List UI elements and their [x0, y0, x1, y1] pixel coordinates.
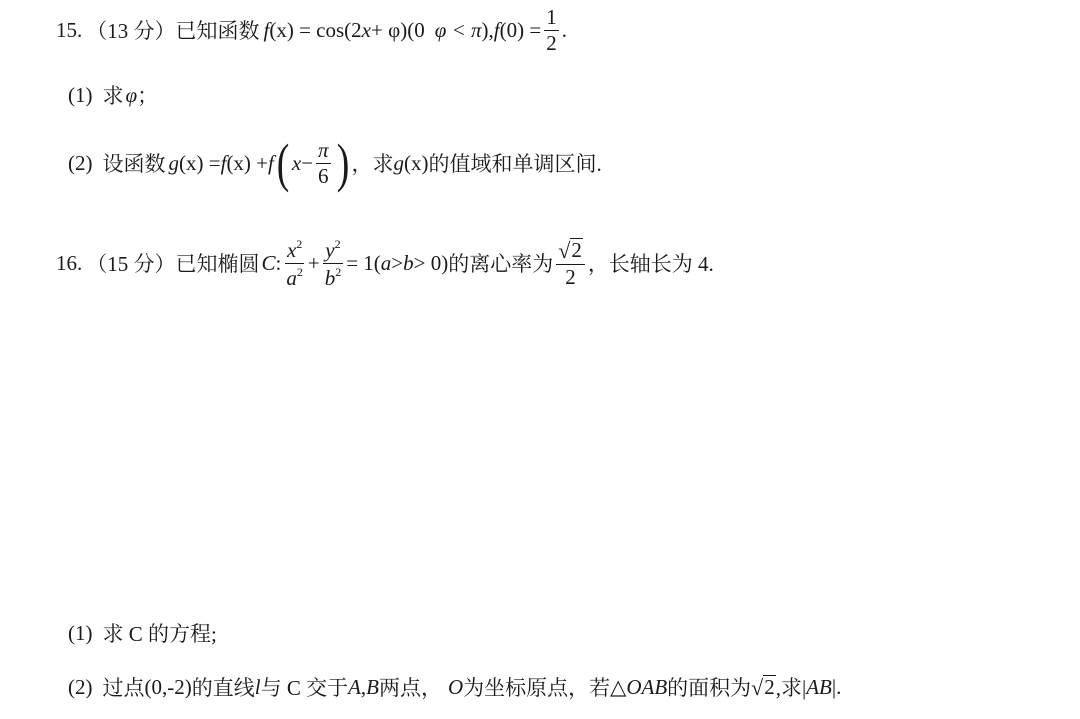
part-text: 求 [103, 80, 124, 110]
q15-f-arg: (x) = cos(2 [269, 18, 361, 43]
g-func: g [394, 151, 405, 176]
q16-tail: ，长轴长为 4. [588, 248, 714, 278]
origin-O: O [448, 675, 463, 700]
part-label: (1) [68, 83, 93, 108]
part-text: 的直线 [192, 672, 255, 702]
q15-period: . [562, 18, 567, 43]
q15-number: 15. [56, 18, 82, 43]
b-var: b [325, 266, 336, 290]
part-text: 两点， [379, 672, 442, 702]
greater-than-zero: > 0) [414, 251, 449, 276]
q15-intro: 已知函数 [176, 15, 260, 45]
part-text: 为坐标原点，若 [463, 672, 610, 702]
inner-x: x [292, 151, 301, 176]
g-func: g [169, 151, 180, 176]
q16-intro: 已知椭圆 [176, 248, 260, 278]
x-var: x [287, 238, 296, 262]
exponent: 2 [335, 265, 341, 279]
fraction-numerator: 1 [544, 7, 559, 31]
pi-over-6-fraction: π 6 [316, 140, 331, 187]
phi-symbol: φ [126, 83, 138, 108]
q15-x: x [362, 18, 371, 43]
q15-stem: 15. （13 分） 已知函数 f (x) = cos(2 x + φ)(0 φ… [56, 8, 567, 52]
comma-text: ，求 [352, 148, 394, 178]
a-var: a [286, 266, 297, 290]
point-B: B [366, 675, 379, 700]
greater-than: > [391, 251, 403, 276]
y2-over-b2-fraction: y2 b2 [323, 238, 344, 289]
exponent: 2 [297, 265, 303, 279]
q15-phi-range: φ < π [435, 18, 482, 43]
plus: + [308, 251, 320, 276]
equals-one: = 1( [346, 251, 381, 276]
fraction-denominator: 2 [544, 31, 559, 54]
f-arg: (x) + [226, 151, 268, 176]
point-coords: (0,-2) [145, 675, 192, 700]
q15-points: （13 分） [86, 15, 175, 45]
part-label: (2) [68, 675, 93, 700]
part-text: 与 C 交于 [261, 672, 349, 702]
radicand: 2 [570, 238, 583, 261]
part-label: (1) [68, 621, 93, 646]
part-text: 设函数 [103, 148, 166, 178]
right-paren: ) [336, 136, 349, 190]
fraction-numerator: √2 [556, 238, 585, 264]
q15-f0-arg: (0) = [500, 18, 542, 43]
exponent: 2 [296, 237, 302, 251]
fraction-denominator: 6 [316, 164, 331, 187]
part-text: 求 C 的方程; [103, 618, 217, 648]
part-text: 过点 [103, 672, 145, 702]
x2-over-a2-fraction: x2 a2 [284, 238, 305, 289]
eccentricity-text: 的离心率为 [448, 248, 553, 278]
triangle-symbol: △ [610, 675, 626, 700]
fraction-denominator: 2 [563, 265, 578, 288]
q16-stem: 16. （15 分） 已知椭圆 C : x2 a2 + y2 b2 = 1( a… [56, 230, 714, 296]
q15-plus-phi: + φ)(0 [371, 18, 425, 43]
f-func: f [268, 151, 274, 176]
q16-part1: (1) 求 C 的方程; [68, 618, 217, 648]
segment-AB: AB [806, 675, 832, 700]
point-A: A [348, 675, 361, 700]
fraction-denominator: b2 [323, 264, 344, 289]
radicand: 2 [763, 675, 776, 698]
sqrt2-over-2-fraction: √2 2 [556, 238, 585, 287]
minus: − [301, 151, 313, 176]
y-var: y [325, 238, 334, 262]
g-arg: (x) = [179, 151, 221, 176]
fraction-numerator: x2 [285, 238, 304, 264]
part-text: |. [832, 675, 841, 700]
b-var: b [403, 251, 414, 276]
q16-part2: (2) 过点 (0,-2) 的直线 l 与 C 交于 A , B 两点， O 为… [68, 670, 841, 704]
ellipse-C: C [262, 251, 276, 276]
sqrt: √2 [558, 238, 583, 261]
part-end: ； [137, 80, 158, 110]
part-text: 的面积为 [667, 672, 751, 702]
triangle-OAB: OAB [626, 675, 667, 700]
q16-number: 16. [56, 251, 82, 276]
a-var: a [381, 251, 392, 276]
q15-part1: (1) 求 φ ； [68, 80, 158, 110]
g-arg: (x) [404, 151, 429, 176]
q15-fraction-half: 1 2 [544, 7, 559, 54]
colon: : [276, 251, 282, 276]
exponent: 2 [335, 237, 341, 251]
fraction-numerator: y2 [323, 238, 342, 264]
fraction-denominator: a2 [284, 264, 305, 289]
part-label: (2) [68, 151, 93, 176]
part-text: ,求| [776, 672, 806, 702]
part-tail: 的值域和单调区间. [429, 148, 602, 178]
fraction-numerator: π [316, 140, 331, 164]
q15-close: ), [482, 18, 494, 43]
sqrt-area: √2 [751, 675, 776, 698]
q15-part2: (2) 设函数 g (x) = f (x) + f ( x − π 6 ) ，求… [68, 132, 602, 194]
q16-points: （15 分） [86, 248, 175, 278]
left-paren: ( [277, 136, 290, 190]
